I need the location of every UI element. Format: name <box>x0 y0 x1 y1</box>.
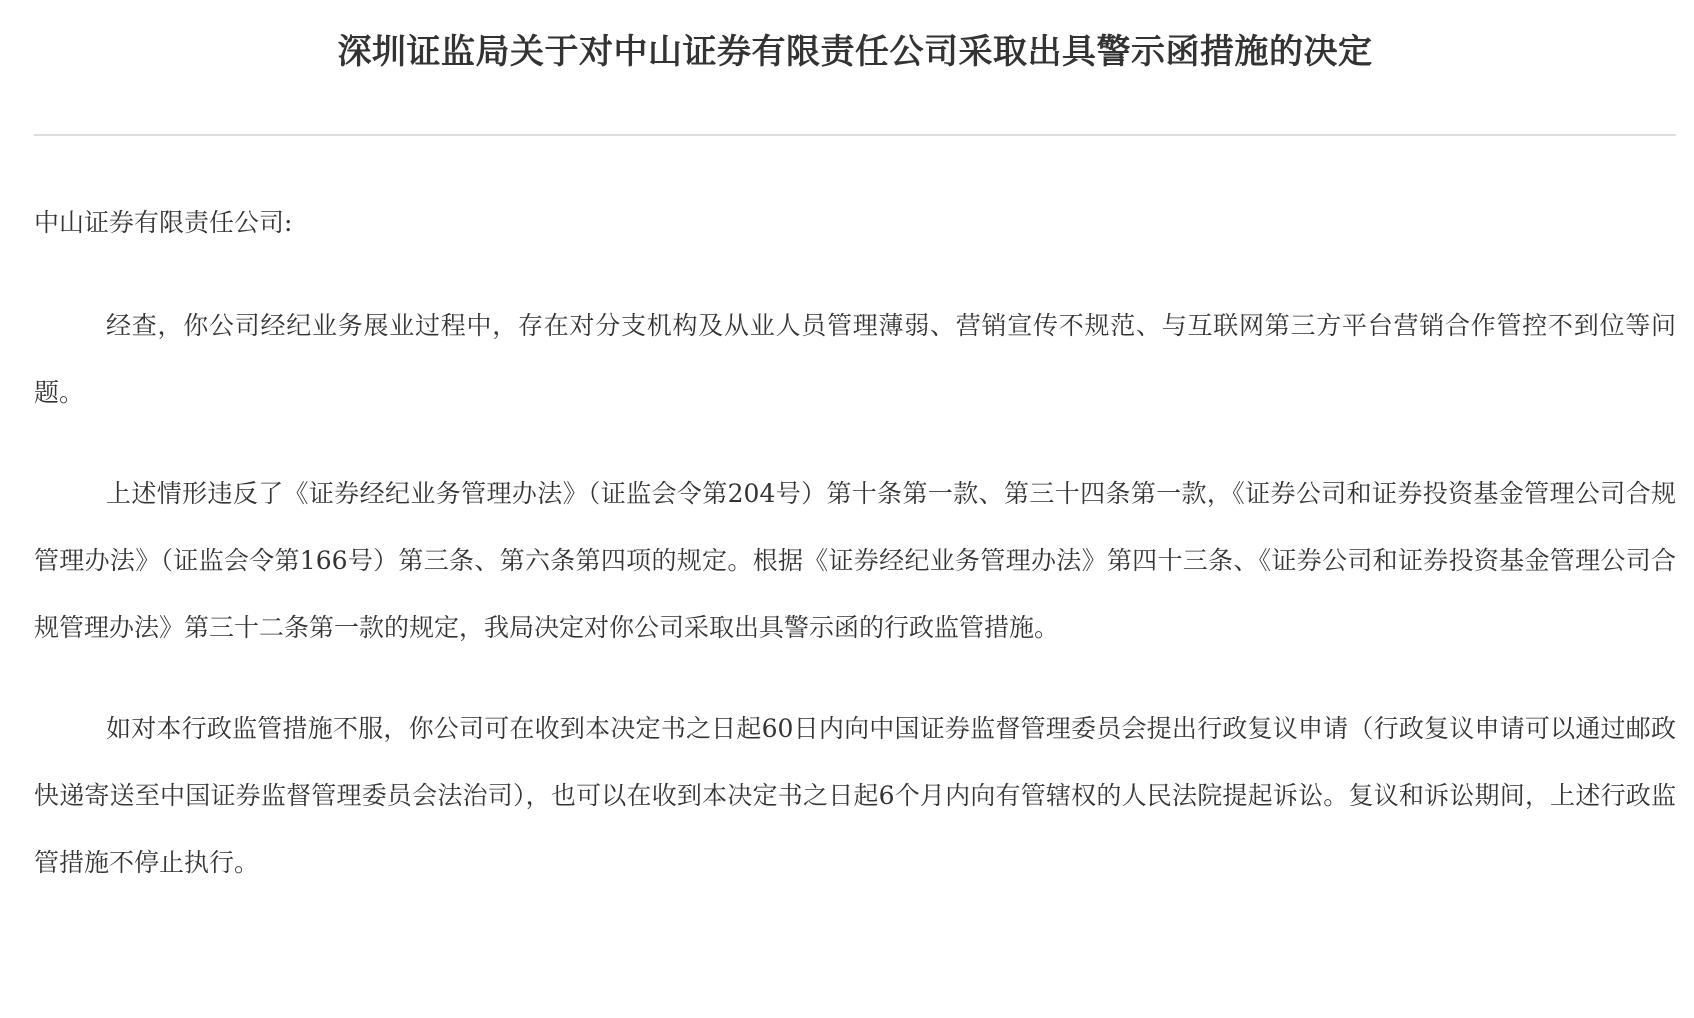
document-body: 中山证券有限责任公司: 经查，你公司经纪业务展业过程中，存在对分支机构及从业人员… <box>34 200 1676 930</box>
document-page: 深圳证监局关于对中山证券有限责任公司采取出具警示函措施的决定 中山证券有限责任公… <box>34 0 1676 104</box>
salutation: 中山证券有限责任公司: <box>34 200 1676 246</box>
document-title: 深圳证监局关于对中山证券有限责任公司采取出具警示函措施的决定 <box>34 0 1676 104</box>
title-divider <box>34 134 1676 136</box>
paragraph-appeal-rights: 如对本行政监管措施不服，你公司可在收到本决定书之日起60日内向中国证券监督管理委… <box>34 695 1676 896</box>
paragraph-findings: 经查，你公司经纪业务展业过程中，存在对分支机构及从业人员管理薄弱、营销宣传不规范… <box>34 292 1676 426</box>
paragraph-violations-decision: 上述情形违反了《证券经纪业务管理办法》（证监会令第204号）第十条第一款、第三十… <box>34 460 1676 661</box>
